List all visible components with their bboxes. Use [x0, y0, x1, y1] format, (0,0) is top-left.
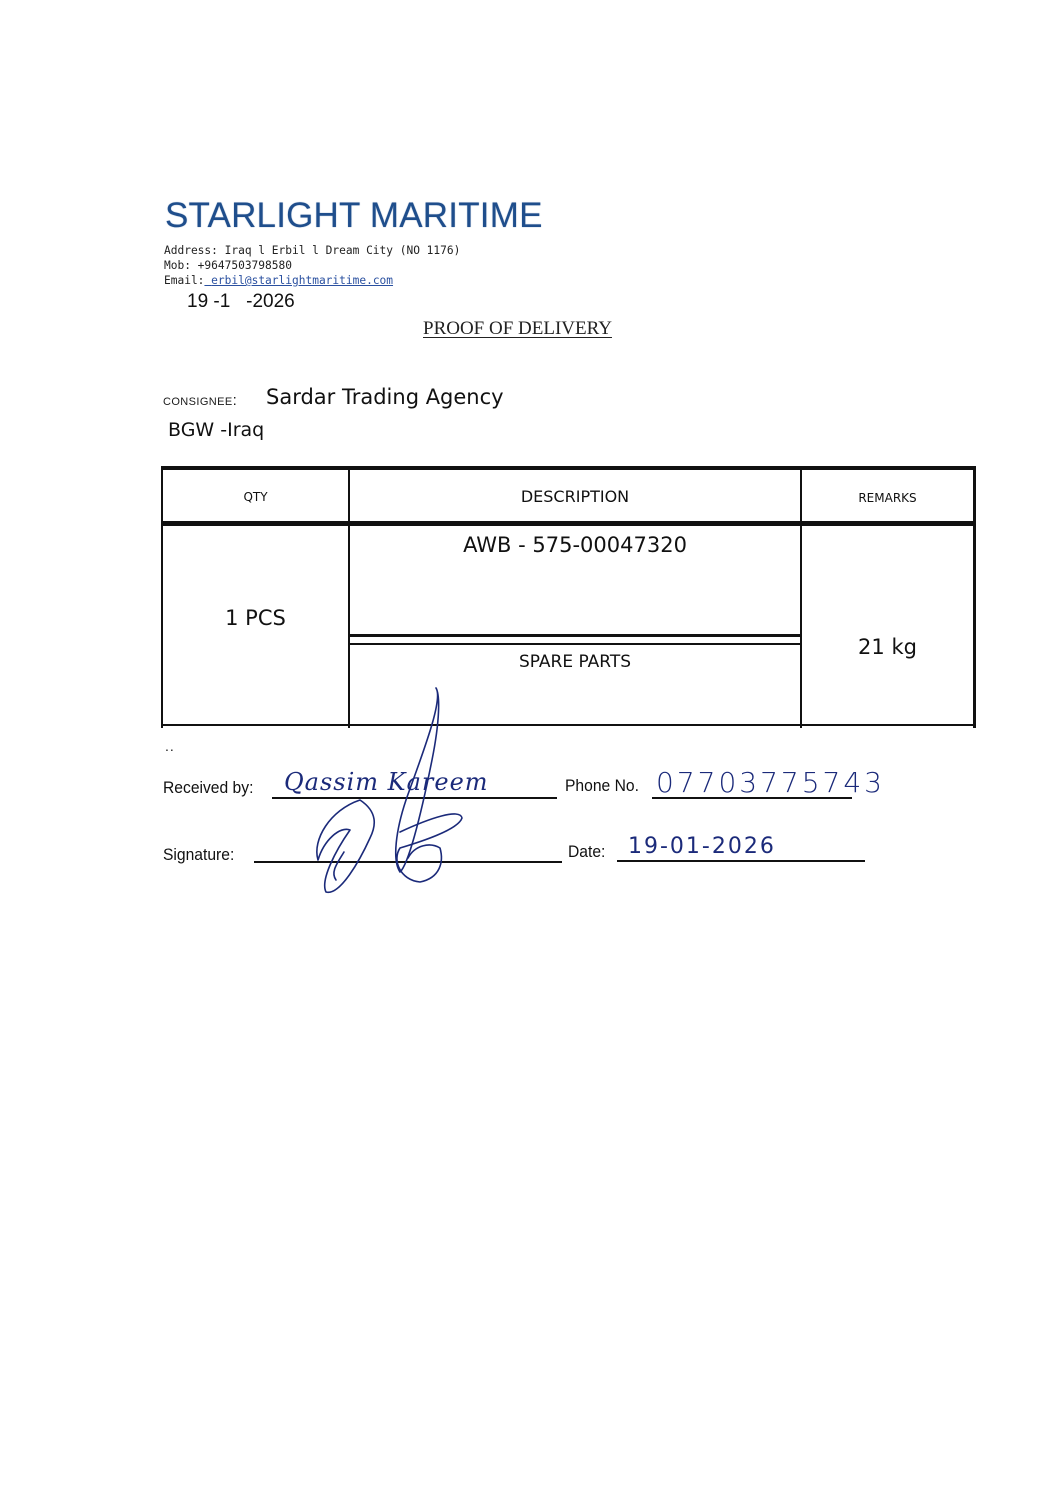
company-name: STARLIGHT MARITIME — [165, 196, 543, 236]
email-label: Email: — [164, 274, 204, 287]
table-border-left — [161, 466, 163, 728]
table-border-top — [161, 466, 976, 470]
received-by-value[interactable]: Qassim Kareem — [284, 768, 489, 796]
cell-remarks: 21 kg — [802, 635, 973, 659]
column-header-remarks: REMARKS — [802, 491, 973, 505]
table-border-bottom — [161, 724, 976, 726]
date-label: Date: — [568, 842, 605, 862]
header-date: 19 -1 -2026 — [187, 291, 295, 313]
consignee-location: BGW -Iraq — [168, 419, 264, 441]
received-by-line — [272, 797, 557, 799]
company-address: Address: Iraq l Erbil l Dream City (NO 1… — [164, 245, 460, 256]
table-border-right — [973, 466, 976, 728]
signature-label: Signature: — [163, 845, 234, 865]
consignee-label: CONSIGNEE: — [163, 392, 237, 409]
delivery-table: QTY DESCRIPTION REMARKS 1 PCS AWB - 575-… — [161, 466, 976, 728]
company-email-row: Email: erbil@starlightmaritime.com — [164, 275, 393, 286]
signature-line[interactable] — [254, 861, 562, 863]
cell-description-awb: AWB - 575-00047320 — [350, 533, 800, 557]
column-header-qty: QTY — [163, 490, 348, 504]
column-header-description: DESCRIPTION — [350, 487, 800, 506]
consignee-name: Sardar Trading Agency — [266, 385, 504, 409]
description-divider-a — [350, 634, 800, 637]
document-title: PROOF OF DELIVERY — [423, 318, 612, 340]
column-divider-2 — [800, 466, 802, 728]
cell-qty: 1 PCS — [163, 606, 348, 630]
email-link[interactable]: erbil@starlightmaritime.com — [204, 274, 393, 287]
company-mobile: Mob: +9647503798580 — [164, 260, 292, 271]
date-line — [617, 860, 865, 862]
phone-value[interactable]: 07703775743 — [656, 766, 885, 799]
table-header-divider — [161, 521, 976, 526]
phone-label: Phone No. — [565, 776, 639, 796]
received-by-label: Received by: — [163, 778, 253, 798]
date-value[interactable]: 19-01-2026 — [628, 834, 776, 859]
description-divider-b — [350, 643, 800, 645]
separator-marks: .. — [165, 738, 175, 754]
cell-description-item: SPARE PARTS — [350, 652, 800, 672]
